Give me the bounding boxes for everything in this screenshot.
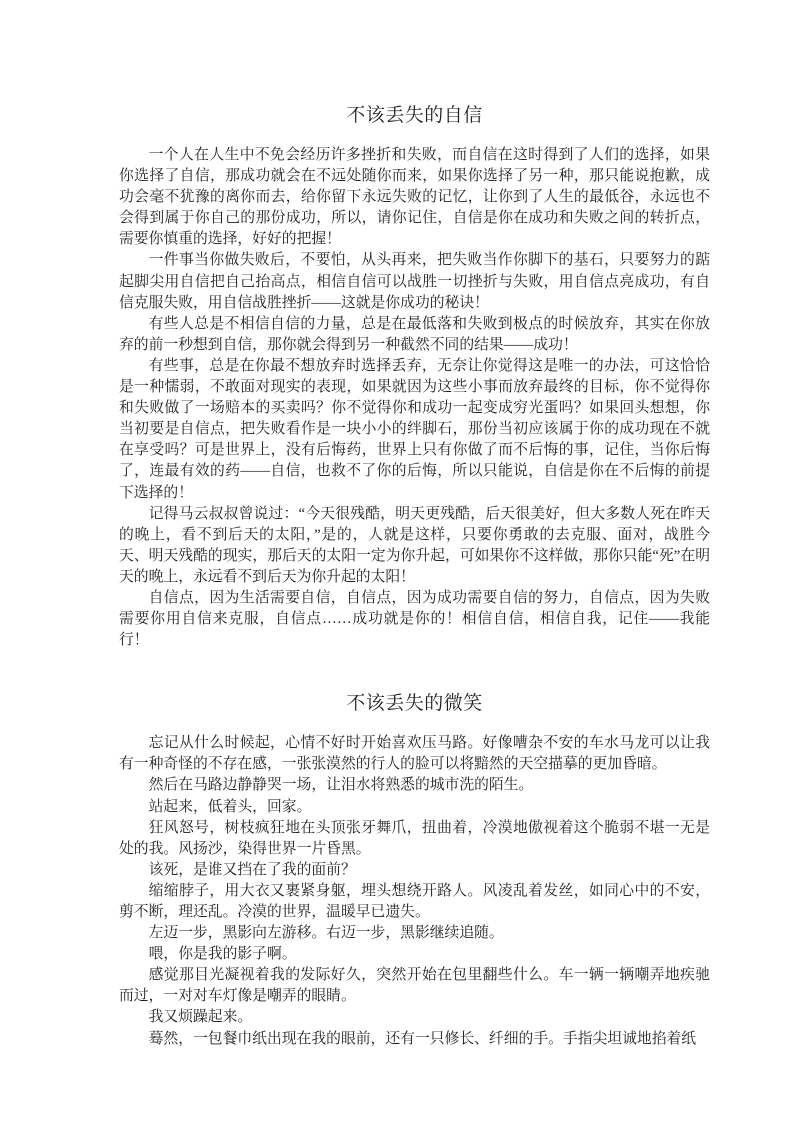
paragraph: 感觉那目光凝视着我的发际好久，突然开始在包里翻些什么。车一辆一辆嘲弄地疾驰而过，… xyxy=(119,965,710,1007)
paragraph: 该死，是谁又挡在了我的面前？ xyxy=(119,860,710,881)
paragraph: 蓦然，一包餐巾纸出现在我的眼前，还有一只修长、纤细的手。手指尖坦诚地掐着纸 xyxy=(119,1029,710,1050)
paragraph: 记得马云叔叔曾说过：“今天很残酷，明天更残酷，后天很美好，但大多数人死在昨天的晚… xyxy=(119,504,710,588)
paragraph: 喂，你是我的影子啊。 xyxy=(119,944,710,965)
paragraph: 自信点，因为生活需要自信，自信点，因为成功需要自信的努力，自信点，因为失败需要你… xyxy=(119,588,710,651)
paragraph: 狂风怒号，树枝疯狂地在头顶张牙舞爪，扭曲着，冷漠地傲视着这个脆弱不堪一无是处的我… xyxy=(119,818,710,860)
essay-smile-title: 不该丢失的微笑 xyxy=(119,691,710,716)
paragraph: 左迈一步，黑影向左游移。右迈一步，黑影继续追随。 xyxy=(119,923,710,944)
essay-smile: 不该丢失的微笑 忘记从什么时候起，心情不好时开始喜欢压马路。好像嘈杂不安的车水马… xyxy=(119,691,710,1049)
paragraph: 站起来，低着头，回家。 xyxy=(119,797,710,818)
paragraph: 然后在马路边静静哭一场，让泪水将熟悉的城市洗的陌生。 xyxy=(119,775,710,796)
essay-confidence: 不该丢失的自信 一个人在人生中不免会经历许多挫折和失败，而自信在这时得到了人们的… xyxy=(119,103,710,651)
document-page: 不该丢失的自信 一个人在人生中不免会经历许多挫折和失败，而自信在这时得到了人们的… xyxy=(0,0,800,1132)
paragraph: 一个人在人生中不免会经历许多挫折和失败，而自信在这时得到了人们的选择，如果你选择… xyxy=(119,145,710,250)
paragraph: 一件事当你做失败后，不要怕，从头再来，把失败当作你脚下的基石，只要努力的踮起脚尖… xyxy=(119,250,710,313)
paragraph: 有些事，总是在你最不想放弃时选择丢弃，无奈让你觉得这是唯一的办法，可这恰恰是一种… xyxy=(119,356,710,504)
paragraph: 我又烦躁起来。 xyxy=(119,1007,710,1028)
paragraph: 缩缩脖子，用大衣又裹紧身躯，埋头想绕开路人。风凌乱着发丝，如同心中的不安，剪不断… xyxy=(119,881,710,923)
essay-confidence-title: 不该丢失的自信 xyxy=(119,103,710,128)
paragraph: 有些人总是不相信自信的力量，总是在最低落和失败到极点的时候放弃，其实在你放弃的前… xyxy=(119,314,710,356)
paragraph: 忘记从什么时候起，心情不好时开始喜欢压马路。好像嘈杂不安的车水马龙可以让我有一种… xyxy=(119,733,710,775)
